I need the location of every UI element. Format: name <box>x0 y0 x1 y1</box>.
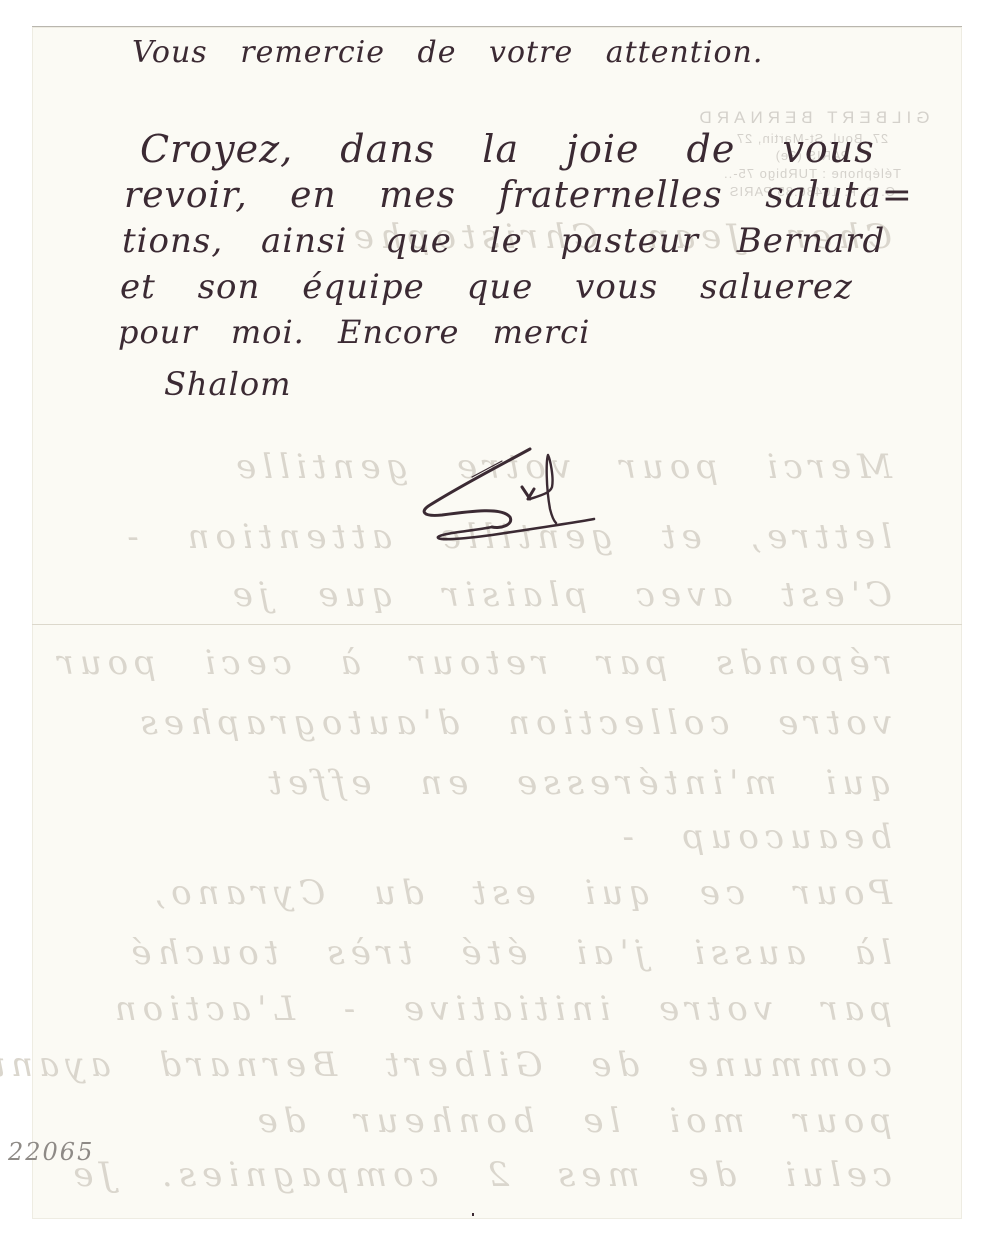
letter-line-5: et son équipe que vous saluerez <box>120 267 853 307</box>
archive-pencil-number: 22065 <box>8 1138 94 1166</box>
letter-line-3: revoir, en mes fraternelles saluta= <box>124 175 913 216</box>
letter-paper: GILBERT BERNARD 27, Boul. St-Martin, 27 … <box>32 26 962 1219</box>
paper-fold-line <box>32 624 962 625</box>
showthrough-line: réponds par retour à ceci pour <box>112 643 892 683</box>
letter-line-6: pour moi. Encore merci <box>118 313 590 351</box>
showthrough-line: par votre initiative - L'action <box>112 989 892 1029</box>
showthrough-line: beaucoup - <box>112 817 892 857</box>
letter-line-4: tions, ainsi que le pasteur Bernard <box>122 221 885 261</box>
showthrough-line: commune de Gilbert Bernard ayant <box>112 1045 892 1085</box>
ink-speck <box>472 1213 474 1216</box>
signature-mark <box>402 447 602 557</box>
showthrough-line: pour moi le bonheur de <box>112 1101 892 1141</box>
letter-line-2: Croyez, dans la joie de vous <box>140 127 875 171</box>
letter-closing: Shalom <box>164 365 291 403</box>
showthrough-line: celui de mes 2 compagnies. Je <box>112 1155 892 1195</box>
letter-line-1: Vous remercie de votre attention. <box>132 35 763 70</box>
showthrough-line: Pour ce qui est du Cyrano, <box>112 873 892 913</box>
showthrough-line: là aussi j'ai été très touché <box>112 933 892 973</box>
showthrough-line: C'est avec plaisir que je <box>112 575 892 615</box>
showthrough-line: votre collection d'autographes <box>112 703 892 743</box>
showthrough-line: qui m'intéresse en effet <box>112 763 892 803</box>
